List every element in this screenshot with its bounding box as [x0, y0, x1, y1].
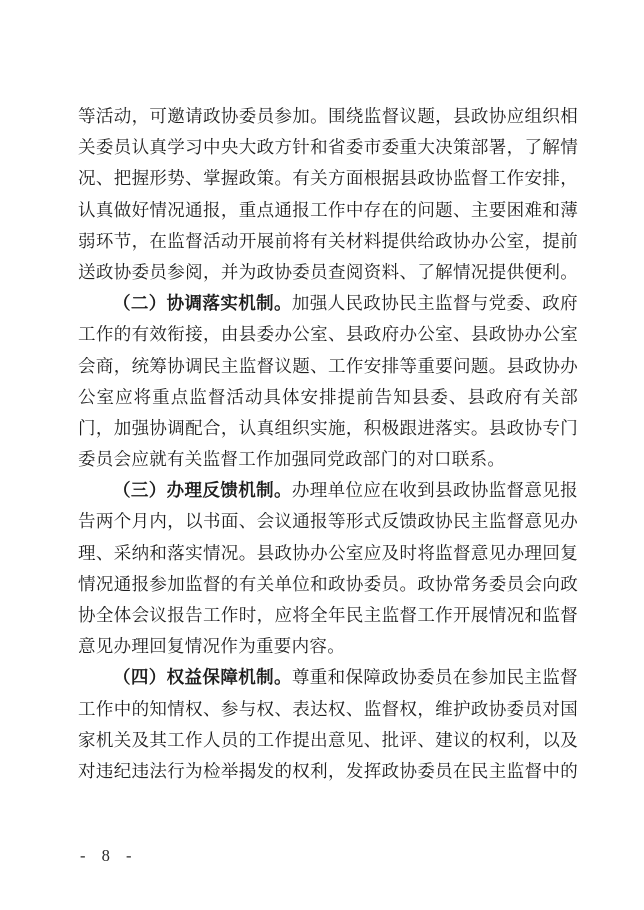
- text-line: （四）权益保障机制。尊重和保障政协委员在参加民主监督: [78, 662, 578, 693]
- text-line: 意见办理回复情况作为重要内容。: [78, 631, 578, 662]
- text-run: 加强人民政协民主监督与党委、政府: [292, 293, 578, 313]
- text-line: 委员会应就有关监督工作加强同党政部门的对口联系。: [78, 444, 578, 475]
- section-heading: （四）权益保障机制。: [113, 667, 292, 687]
- text-line: 况、把握形势、掌握政策。有关方面根据县政协监督工作安排，: [78, 163, 578, 194]
- paragraph-section-2: （二）协调落实机制。加强人民政协民主监督与党委、政府 工作的有效衔接，由县委办公…: [78, 288, 578, 475]
- paragraph-section-3: （三）办理反馈机制。办理单位应在收到县政协监督意见报 告两个月内，以书面、会议通…: [78, 475, 578, 662]
- text-run: 尊重和保障政协委员在参加民主监督: [292, 667, 578, 687]
- text-line: 理、采纳和落实情况。县政协办公室应及时将监督意见办理回复: [78, 538, 578, 569]
- text-line: 家机关及其工作人员的工作提出意见、批评、建议的权利，以及: [78, 725, 578, 756]
- section-heading: （二）协调落实机制。: [113, 293, 292, 313]
- text-line: 公室应将重点监督活动具体安排提前告知县委、县政府有关部: [78, 382, 578, 413]
- document-page: 等活动，可邀请政协委员参加。围绕监督议题，县政协应组织相 关委员认真学习中央大政…: [0, 0, 644, 910]
- paragraph-continuation: 等活动，可邀请政协委员参加。围绕监督议题，县政协应组织相 关委员认真学习中央大政…: [78, 101, 578, 288]
- text-line: 工作中的知情权、参与权、表达权、监督权，维护政协委员对国: [78, 694, 578, 725]
- text-line: 关委员认真学习中央大政方针和省委市委重大决策部署，了解情: [78, 132, 578, 163]
- text-line: 弱环节，在监督活动开展前将有关材料提供给政协办公室，提前: [78, 226, 578, 257]
- text-run: 办理单位应在收到县政协监督意见报: [292, 480, 578, 500]
- page-number: - 8 -: [80, 845, 137, 867]
- section-heading: （三）办理反馈机制。: [113, 480, 292, 500]
- text-line: 送政协委员参阅，并为政协委员查阅资料、了解情况提供便利。: [78, 257, 578, 288]
- text-line: （三）办理反馈机制。办理单位应在收到县政协监督意见报: [78, 475, 578, 506]
- text-line: 协全体会议报告工作时，应将全年民主监督工作开展情况和监督: [78, 600, 578, 631]
- paragraph-section-4: （四）权益保障机制。尊重和保障政协委员在参加民主监督 工作中的知情权、参与权、表…: [78, 662, 578, 787]
- text-line: 对违纪违法行为检举揭发的权利，发挥政协委员在民主监督中的: [78, 756, 578, 787]
- text-line: 等活动，可邀请政协委员参加。围绕监督议题，县政协应组织相: [78, 101, 578, 132]
- text-line: 认真做好情况通报，重点通报工作中存在的问题、主要困难和薄: [78, 195, 578, 226]
- text-line: 会商，统筹协调民主监督议题、工作安排等重要问题。县政协办: [78, 351, 578, 382]
- text-line: 门，加强协调配合，认真组织实施，积极跟进落实。县政协专门: [78, 413, 578, 444]
- text-line: （二）协调落实机制。加强人民政协民主监督与党委、政府: [78, 288, 578, 319]
- text-line: 告两个月内，以书面、会议通报等形式反馈政协民主监督意见办: [78, 506, 578, 537]
- text-line: 工作的有效衔接，由县委办公室、县政府办公室、县政协办公室: [78, 319, 578, 350]
- text-line: 情况通报参加监督的有关单位和政协委员。政协常务委员会向政: [78, 569, 578, 600]
- document-body: 等活动，可邀请政协委员参加。围绕监督议题，县政协应组织相 关委员认真学习中央大政…: [78, 101, 578, 787]
